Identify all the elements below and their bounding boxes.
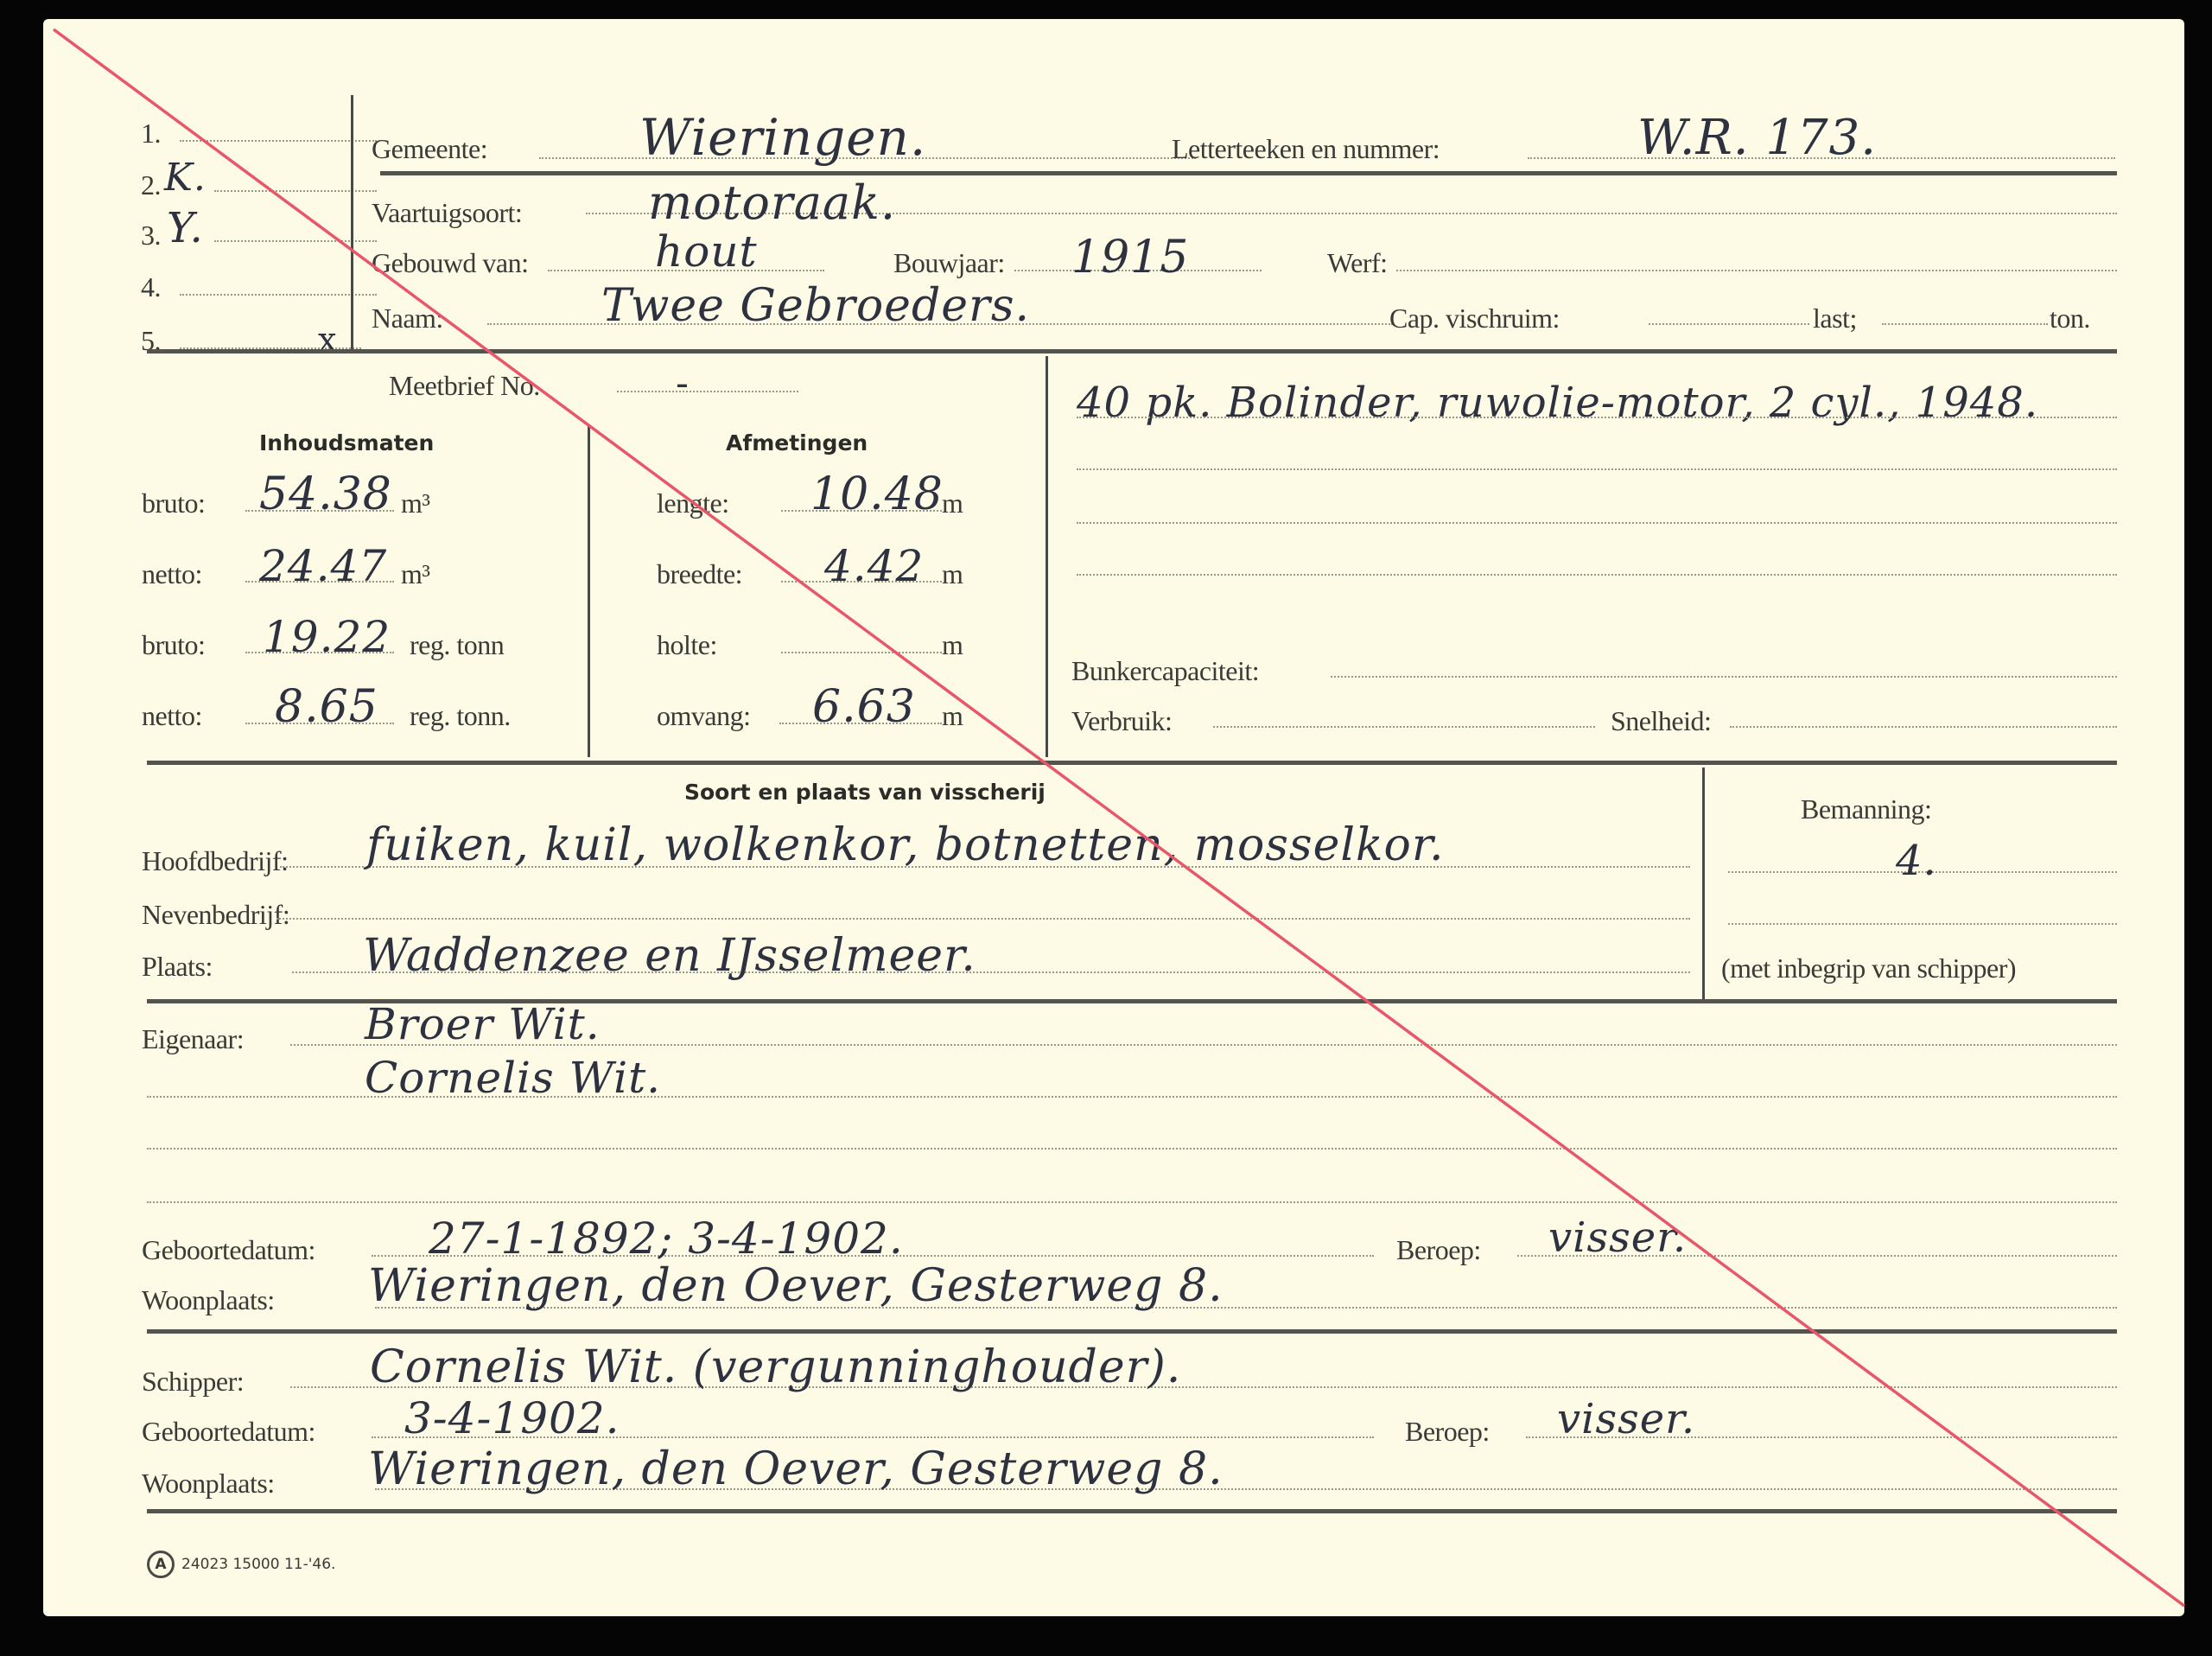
verbruik-line[interactable] [1213,726,1595,728]
schipper-geboortedatum-value[interactable]: 3-4-1902. [404,1397,620,1440]
motor-line-4 [1077,574,2117,576]
naam-value[interactable]: Twee Gebroeders. [601,283,1030,328]
bemanning-label: Bemanning: [1801,795,1931,823]
meetbrief-value[interactable]: - [676,365,690,403]
werf-line[interactable] [1396,270,2117,271]
gemeente-label: Gemeente: [372,135,487,162]
naam-label: Naam: [372,304,443,332]
nevenbedrijf-label: Nevenbedrijf: [142,901,289,928]
nevenbedrijf-line[interactable] [276,918,1690,920]
section-divider-5 [147,1509,2117,1513]
eigenaar-value-1[interactable]: Broer Wit. [365,1003,601,1046]
index-mark-1-number: 1. [141,119,161,147]
index-mark-4-number: 4. [141,273,161,301]
eigenaar-woonplaats-value[interactable]: Wieringen, den Oever, Gesterweg 8. [368,1264,1224,1309]
printer-stamp-icon: A [147,1551,175,1578]
meetbrief-line [617,391,798,392]
gebouwd-van-value[interactable]: hout [655,230,758,273]
afmeting-holte-label: holte: [657,631,717,659]
schipper-geboortedatum-label: Geboortedatum: [142,1417,315,1445]
gebouwd-van-label: Gebouwd van: [372,249,529,277]
bouwjaar-label: Bouwjaar: [893,249,1005,277]
eigenaar-line-3 [147,1148,2117,1150]
afmeting-lengte-label: lengte: [657,489,729,517]
motor-column-divider [1046,356,1048,757]
inhoud-bruto-tonn-value[interactable]: 19.22 [263,615,391,659]
eigenaar-beroep-value[interactable]: visser. [1548,1217,1687,1258]
verbruik-label: Verbruik: [1071,707,1172,735]
inhoud-bruto-tonn-unit: reg. tonn [410,631,504,659]
inhoud-netto-m3-label: netto: [142,560,202,588]
inhoud-bruto-m3-label: bruto: [142,489,205,517]
eigenaar-beroep-label: Beroep: [1396,1236,1481,1264]
index-mark-2-number: 2. [141,171,161,199]
header-divider [380,171,2117,175]
index-mark-1-line [180,140,377,142]
afmeting-omvang-value[interactable]: 6.63 [812,685,916,729]
inhoud-netto-m3-unit: m³ [401,560,429,588]
ton-label: ton. [2050,304,2090,332]
last-label: last; [1813,304,1857,332]
snelheid-label: Snelheid: [1611,707,1711,735]
inhoud-bruto-tonn-label: bruto: [142,631,205,659]
print-code: 24023 15000 11-'46. [181,1556,335,1573]
bunkercapaciteit-line[interactable] [1331,676,2117,678]
cap-vischruim-label: Cap. vischruim: [1389,304,1560,332]
index-mark-4-line [180,294,377,296]
index-column-divider [351,95,353,349]
afmetingen-title: Afmetingen [726,432,868,454]
section-divider-4 [147,1329,2117,1334]
index-mark-2-value: K. [164,159,207,197]
plaats-label: Plaats: [142,952,213,980]
section-divider-1 [147,349,2117,353]
motor-line-3 [1077,522,2117,524]
motor-line-2 [1077,468,2117,470]
snelheid-line[interactable] [1730,726,2117,728]
hoofdbedrijf-label: Hoofdbedrijf: [142,847,288,875]
inhoud-bruto-m3-unit: m³ [401,489,429,517]
inhoud-netto-tonn-value[interactable]: 8.65 [275,685,378,729]
afmeting-holte-unit: m [942,631,963,659]
afmeting-breedte-label: breedte: [657,560,742,588]
schipper-beroep-value[interactable]: visser. [1557,1398,1695,1440]
cap-ton-line[interactable] [1882,323,2048,325]
inhoudsmaten-title: Inhoudsmaten [259,432,434,454]
vaartuigsoort-label: Vaartuigsoort: [372,199,522,226]
hoofdbedrijf-value[interactable]: fuiken, kuil, wolkenkor, botnetten, moss… [366,823,1445,868]
registration-card: 1. 2. K. 3. Y. 4. 5. x Gemeente: Wiering… [43,19,2184,1616]
werf-label: Werf: [1327,249,1388,277]
meetbrief-label: Meetbrief No. [389,372,540,399]
eigenaar-value-2[interactable]: Cornelis Wit. [365,1056,661,1099]
eigenaar-geboortedatum-label: Geboortedatum: [142,1236,315,1264]
schipper-label: Schipper: [142,1367,244,1395]
vaartuigsoort-value[interactable]: motoraak. [648,180,896,226]
bunkercapaciteit-label: Bunkercapaciteit: [1071,657,1259,685]
section-divider-2 [147,761,2117,765]
afmeting-omvang-unit: m [942,702,963,729]
inhoud-netto-tonn-unit: reg. tonn. [410,702,511,729]
afmeting-omvang-label: omvang: [657,702,750,729]
bemanning-note: (met inbegrip van schipper) [1721,954,2016,982]
bouwjaar-value[interactable]: 1915 [1071,235,1189,280]
inhoud-netto-tonn-label: netto: [142,702,202,729]
schipper-value[interactable]: Cornelis Wit. (vergunninghouder). [370,1345,1181,1390]
index-mark-3-number: 3. [141,221,161,249]
afmeting-breedte-value[interactable]: 4.42 [824,545,924,588]
motor-line-1 [1077,417,2117,418]
schipper-woonplaats-value[interactable]: Wieringen, den Oever, Gesterweg 8. [368,1447,1224,1492]
index-mark-3-value: Y. [167,207,204,249]
afmeting-breedte-unit: m [942,560,963,588]
afmeting-lengte-value[interactable]: 10.48 [810,472,944,517]
visscherij-title: Soort en plaats van visscherij [684,781,1046,803]
inhoud-netto-m3-value[interactable]: 24.47 [259,545,387,588]
plaats-value[interactable]: Waddenzee en IJsselmeer. [363,933,976,978]
bemanning-line-2 [1728,923,2117,925]
afmeting-holte-line[interactable] [781,652,942,653]
schipper-beroep-label: Beroep: [1405,1417,1490,1445]
cap-last-line[interactable] [1649,323,1809,325]
bemanning-value[interactable]: 4. [1896,840,1937,882]
letterteeken-value[interactable]: W.R. 173. [1637,114,1877,162]
eigenaar-woonplaats-label: Woonplaats: [142,1286,275,1314]
gemeente-value[interactable]: Wieringen. [639,112,926,162]
eigenaar-line-4 [147,1201,2117,1203]
schipper-woonplaats-label: Woonplaats: [142,1469,275,1497]
eigenaar-label: Eigenaar: [142,1025,244,1053]
letterteeken-label: Letterteeken en nummer: [1172,135,1440,162]
afmeting-lengte-unit: m [942,489,963,517]
measurements-divider [588,425,590,757]
inhoud-bruto-m3-value[interactable]: 54.38 [259,472,392,517]
eigenaar-geboortedatum-value[interactable]: 27-1-1892; 3-4-1902. [429,1217,904,1260]
bemanning-divider [1702,767,1705,1003]
